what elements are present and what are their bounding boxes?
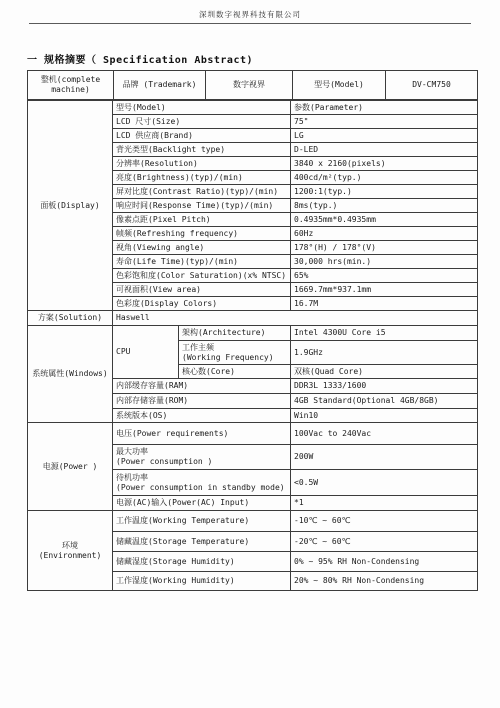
category-cell-system: 系统属性(Windows): [28, 326, 113, 423]
column-label-parameter: 参数(Parameter): [291, 101, 478, 115]
value-cell: 0% ~ 95% RH Non-Condensing: [291, 552, 478, 572]
machine-cell: 整机(complete machine): [28, 71, 114, 100]
model-label-cell: 型号(Model): [293, 71, 386, 100]
label-cell: 架构(Architecture): [179, 326, 291, 341]
label-cell: 视角(Viewing angle): [113, 241, 291, 255]
value-cell: LG: [291, 129, 478, 143]
value-cell: 30,000 hrs(min.): [291, 255, 478, 269]
label-cell: LCD 尺寸(Size): [113, 115, 291, 129]
label-cell: 储藏温度(Storage Temperature): [113, 532, 291, 552]
spec-subheader-row: 面板(Display) 型号(Model) 参数(Parameter): [28, 101, 478, 115]
value-cell: 0.4935mm*0.4935mm: [291, 213, 478, 227]
category-cell-power: 电源(Power ): [28, 423, 113, 511]
label-cell: 内部存储容量(ROM): [113, 394, 291, 409]
category-cell-solution: 方案(Solution): [28, 311, 113, 326]
label-cell: 像素点距(Pixel Pitch): [113, 213, 291, 227]
label-cell: 系统版本(OS): [113, 409, 291, 423]
spec-row: 电源(Power ) 电压(Power requirements) 100Vac…: [28, 423, 478, 445]
section-title: 一 规格摘要（ Specification Abstract): [27, 51, 500, 66]
document-page: 深圳数字视界科技有限公司 一 规格摘要（ Specification Abstr…: [0, 0, 500, 708]
trademark-label-cell: 品牌 (Trademark): [114, 71, 206, 100]
label-cell: 色彩度(Display Colors): [113, 297, 291, 311]
label-cell: 响应时间(Response Time)(typ)/(min): [113, 199, 291, 213]
label-cell: 工作主频 (Working Frequency): [179, 341, 291, 365]
value-cell: D-LED: [291, 143, 478, 157]
value-cell: 1669.7mm*937.1mm: [291, 283, 478, 297]
value-cell: 1200:1(typ.): [291, 185, 478, 199]
cpu-label-cell: CPU: [113, 326, 179, 379]
spec-row-solution: 方案(Solution) Haswell: [28, 311, 478, 326]
label-cell: 背光类型(Backlight type): [113, 143, 291, 157]
label-cell: 可视面积(View area): [113, 283, 291, 297]
label-cell: 待机功率 (Power consumption in standby mode): [113, 470, 291, 496]
value-cell: <0.5W: [291, 470, 478, 496]
value-cell: *1: [291, 496, 478, 511]
label-cell: 电源(AC)输入(Power(AC) Input): [113, 496, 291, 511]
spec-row: 环境(Environment) 工作温度(Working Temperature…: [28, 511, 478, 532]
value-cell: 4GB Standard(Optional 4GB/8GB): [291, 394, 478, 409]
value-cell: 20% ~ 80% RH Non-Condensing: [291, 572, 478, 591]
spec-row-cpu: 系统属性(Windows) CPU 架构(Architecture) Intel…: [28, 326, 478, 341]
model-value-cell: DV-CM750: [386, 71, 478, 100]
label-cell: 色彩饱和度(Color Saturation)(x% NTSC): [113, 269, 291, 283]
label-cell: 寿命(Life Time)(typ)/(min): [113, 255, 291, 269]
label-cell: 屏对比度(Contrast Ratio)(typ)/(min): [113, 185, 291, 199]
value-cell: 178°(H) / 178°(V): [291, 241, 478, 255]
company-name: 深圳数字视界科技有限公司: [29, 0, 471, 24]
value-cell: 200W: [291, 445, 478, 470]
column-label-model: 型号(Model): [113, 101, 291, 115]
label-cell: LCD 供应商(Brand): [113, 129, 291, 143]
value-cell: 1.9GHz: [291, 341, 478, 365]
category-cell-environment: 环境(Environment): [28, 511, 113, 591]
value-cell: Haswell: [113, 311, 478, 326]
value-cell: 60Hz: [291, 227, 478, 241]
label-cell: 最大功率 (Power consumption ): [113, 445, 291, 470]
label-cell: 储藏湿度(Storage Humidity): [113, 552, 291, 572]
label-cell: 电压(Power requirements): [113, 423, 291, 445]
value-cell: -10℃ ~ 60℃: [291, 511, 478, 532]
value-cell: DDR3L 1333/1600: [291, 379, 478, 394]
value-cell: 75": [291, 115, 478, 129]
value-cell: 16.7M: [291, 297, 478, 311]
label-cell: 核心数(Core): [179, 365, 291, 379]
label-cell: 内部缓存容量(RAM): [113, 379, 291, 394]
value-cell: 8ms(typ.): [291, 199, 478, 213]
label-cell: 分辨率(Resolution): [113, 157, 291, 171]
label-cell: 工作湿度(Working Humidity): [113, 572, 291, 591]
value-cell: 100Vac to 240Vac: [291, 423, 478, 445]
value-cell: Win10: [291, 409, 478, 423]
value-cell: 3840 x 2160(pixels): [291, 157, 478, 171]
trademark-value-cell: 数字视界: [206, 71, 293, 100]
value-cell: -20℃ ~ 60℃: [291, 532, 478, 552]
value-cell: 400cd/m²(typ.): [291, 171, 478, 185]
machine-header-table: 整机(complete machine) 品牌 (Trademark) 数字视界…: [27, 70, 478, 100]
category-cell-display: 面板(Display): [28, 101, 113, 311]
label-cell: 亮度(Brightness)(typ)/(min): [113, 171, 291, 185]
value-cell: 65%: [291, 269, 478, 283]
value-cell: Intel 4300U Core i5: [291, 326, 478, 341]
spec-table: 面板(Display) 型号(Model) 参数(Parameter) LCD …: [27, 100, 478, 591]
label-cell: 工作温度(Working Temperature): [113, 511, 291, 532]
value-cell: 双核(Quad Core): [291, 365, 478, 379]
label-cell: 帧频(Refreshing frequency): [113, 227, 291, 241]
machine-header-row: 整机(complete machine) 品牌 (Trademark) 数字视界…: [28, 71, 478, 100]
